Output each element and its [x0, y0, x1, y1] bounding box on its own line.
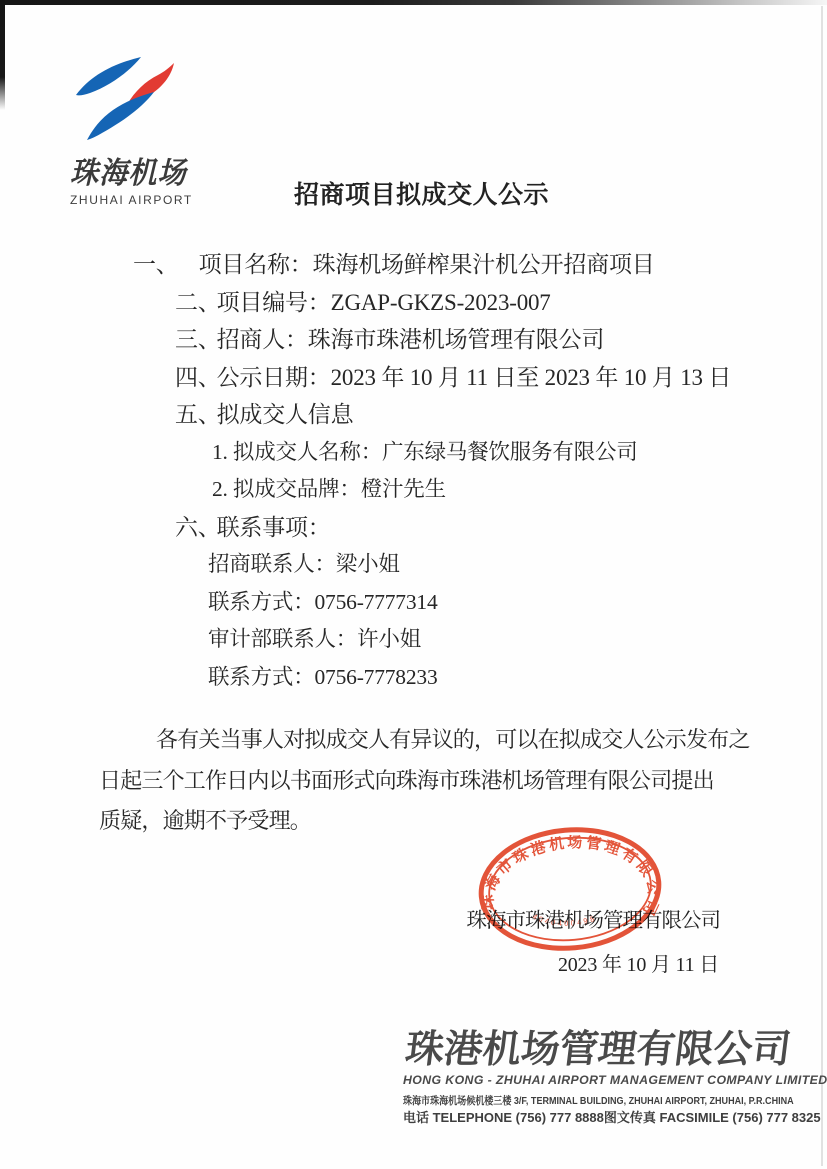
item-text: 项目编号：ZGAP-GKZS-2023-007 [217, 290, 551, 315]
item-number: 五、 [175, 396, 221, 434]
item-number: 四、 [175, 359, 221, 397]
footer-company-cn: 珠港机场管理有限公司 [403, 1029, 798, 1071]
item-number: 三、 [175, 321, 221, 359]
footer-address: 珠海市珠海机场候机楼三楼 3/F, TERMINAL BUILDING, ZHU… [403, 1095, 738, 1107]
svg-text:4040400498: 4040400498 [530, 907, 598, 932]
sub-item-text: 2. 拟成交品牌：橙汁先生 [212, 477, 446, 501]
notice-line: 日起三个工作日内以书面形式向珠海市珠港机场管理有限公司提出 [99, 761, 744, 802]
item-text: 拟成交人信息 [217, 402, 354, 427]
contact-line-1: 招商联系人：梁小姐 [208, 546, 790, 584]
contact-text: 招商联系人：梁小姐 [208, 552, 400, 576]
list-item-6: 六、联系事项： [175, 509, 790, 547]
contact-line-3: 审计部联系人：许小姐 [208, 621, 790, 659]
list-item-1: 一、项目名称：珠海机场鲜榨果汁机公开招商项目 [133, 246, 790, 284]
footer-phone-line: 电话 TELEPHONE (756) 777 8888 图文传真 FACSIMI… [403, 1110, 793, 1126]
footer-company-en: HONG KONG - ZHUHAI AIRPORT MANAGEMENT CO… [403, 1073, 793, 1088]
item-text: 公示日期：2023 年 10 月 11 日至 2023 年 10 月 13 日 [217, 365, 732, 390]
contact-line-2: 联系方式：0756-7777314 [208, 584, 790, 622]
sub-item-text: 1. 拟成交人名称：广东绿马餐饮服务有限公司 [212, 440, 638, 464]
scanned-document-page: 珠海机场 ZHUHAI AIRPORT 招商项目拟成交人公示 一、项目名称：珠海… [0, 0, 827, 1169]
signature-date: 2023 年 10 月 11 日 [558, 948, 719, 977]
scan-edge-left [0, 0, 5, 110]
notice-line: 各有关当事人对拟成交人有异议的，可以在拟成交人公示发布之 [99, 720, 744, 761]
contact-text: 审计部联系人：许小姐 [208, 627, 421, 651]
letterhead-footer: 珠港机场管理有限公司 HONG KONG - ZHUHAI AIRPORT MA… [403, 1029, 793, 1126]
item-text: 联系事项： [217, 515, 331, 540]
sub-item-2: 2. 拟成交品牌：橙汁先生 [212, 471, 790, 509]
item-text: 招商人：珠海市珠港机场管理有限公司 [217, 327, 605, 352]
sub-item-1: 1. 拟成交人名称：广东绿马餐饮服务有限公司 [212, 434, 790, 472]
document-title: 招商项目拟成交人公示 [0, 175, 827, 211]
list-item-5: 五、拟成交人信息 [175, 396, 790, 434]
item-number: 二、 [175, 284, 221, 322]
footer-facsimile: 图文传真 FACSIMILE (756) 777 8325 [604, 1110, 821, 1126]
contact-text: 联系方式：0756-7778233 [208, 665, 438, 689]
seal-serial-number: 4040400498 [530, 907, 598, 932]
list-item-4: 四、公示日期：2023 年 10 月 11 日至 2023 年 10 月 13 … [175, 359, 790, 397]
scan-edge-top [0, 0, 827, 5]
item-text: 项目名称：珠海机场鲜榨果汁机公开招商项目 [199, 252, 655, 277]
item-number: 六、 [175, 509, 221, 547]
item-number: 一、 [133, 246, 179, 284]
footer-telephone: 电话 TELEPHONE (756) 777 8888 [403, 1110, 604, 1126]
list-item-3: 三、招商人：珠海市珠港机场管理有限公司 [175, 321, 790, 359]
list-item-2: 二、项目编号：ZGAP-GKZS-2023-007 [175, 284, 790, 322]
announcement-body: 一、项目名称：珠海机场鲜榨果汁机公开招商项目 二、项目编号：ZGAP-GKZS-… [0, 246, 790, 696]
airport-swoosh-icon [70, 55, 185, 147]
contact-text: 联系方式：0756-7777314 [208, 590, 438, 614]
contact-line-4: 联系方式：0756-7778233 [208, 659, 790, 697]
company-seal-stamp: 珠海市珠港机场管理有限公司 4040400498 [471, 817, 669, 961]
